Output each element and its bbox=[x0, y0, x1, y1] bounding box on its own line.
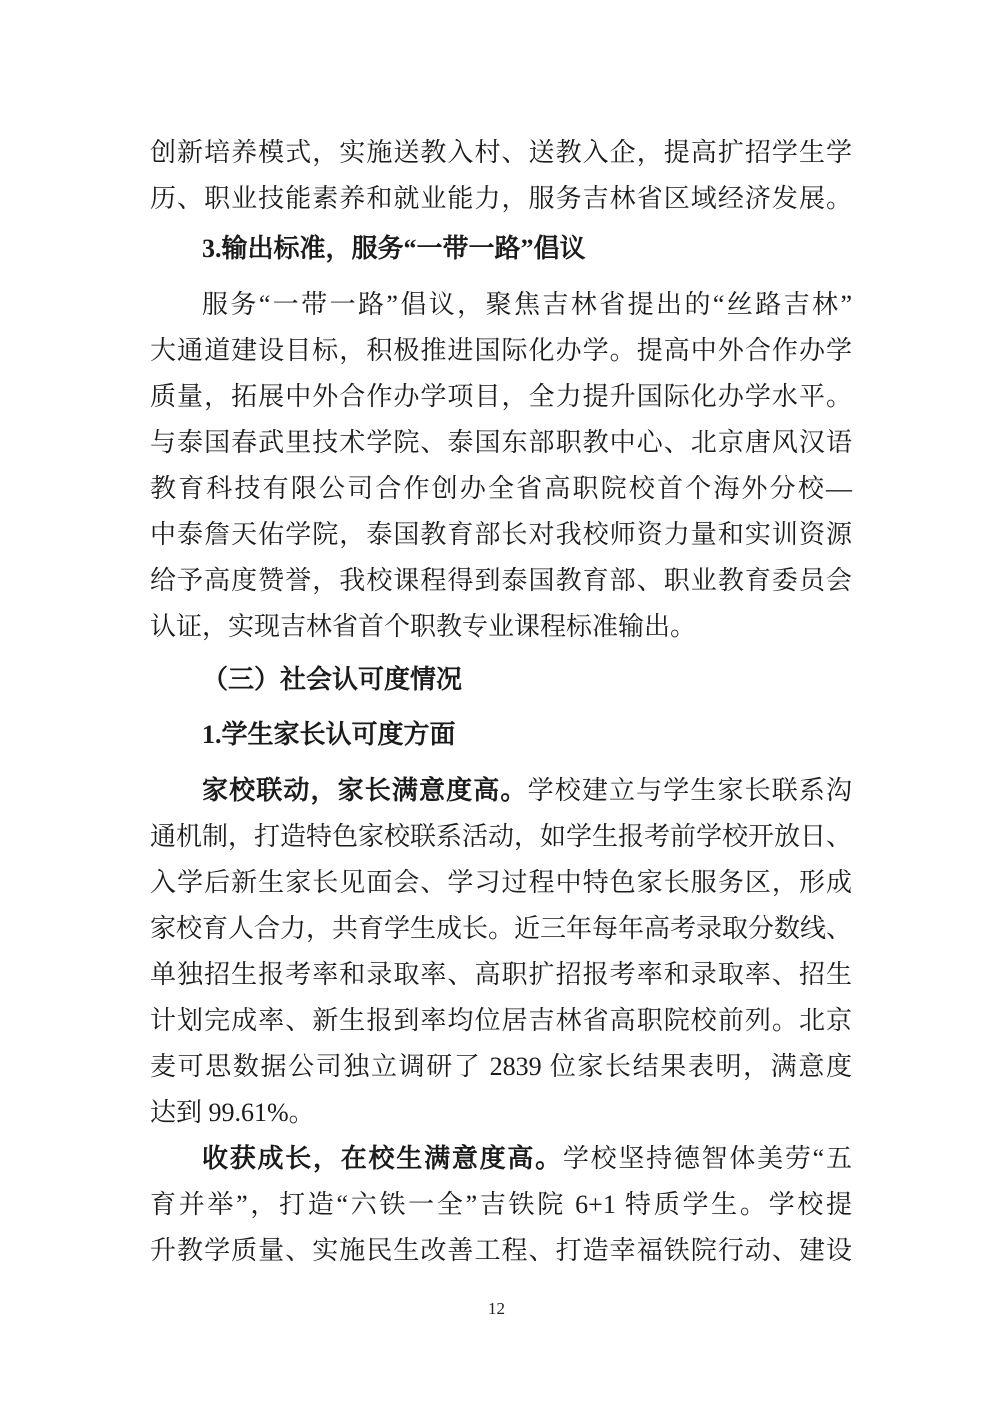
text-segment: 单独招生报考率和录取率、高职扩招报考率和录取率、招生 bbox=[150, 960, 852, 989]
text-line: 升教学质量、实施民生改善工程、打造幸福铁院行动、建设 bbox=[150, 1228, 852, 1274]
text-segment: 家校育人合力，共育学生成长。近三年每年高考录取分数线、 bbox=[150, 914, 852, 943]
text-line: 给予高度赞誉，我校课程得到泰国教育部、职业教育委员会 bbox=[150, 558, 852, 604]
text-segment: 给予高度赞誉，我校课程得到泰国教育部、职业教育委员会 bbox=[150, 566, 852, 595]
text-line: 入学后新生家长见面会、学习过程中特色家长服务区，形成 bbox=[150, 860, 852, 906]
text-segment: 大通道建设目标，积极推进国际化办学。提高中外合作办学 bbox=[150, 336, 852, 365]
text-line: 家校联动，家长满意度高。学校建立与学生家长联系沟 bbox=[150, 768, 852, 814]
text-line: 大通道建设目标，积极推进国际化办学。提高中外合作办学 bbox=[150, 328, 852, 374]
text-line: 创新培养模式，实施送教入村、送教入企，提高扩招学生学 bbox=[150, 130, 852, 176]
text-line: 质量，拓展中外合作办学项目，全力提升国际化办学水平。 bbox=[150, 374, 852, 420]
text-segment: 教育科技有限公司合作创办全省高职院校首个海外分校— bbox=[150, 474, 852, 503]
text-segment: 达到 99.61%。 bbox=[150, 1098, 315, 1127]
document-body: 创新培养模式，实施送教入村、送教入企，提高扩招学生学历、职业技能素养和就业能力，… bbox=[150, 130, 852, 1274]
heading-line: 1.学生家长认可度方面 bbox=[150, 712, 852, 758]
text-line: 单独招生报考率和录取率、高职扩招报考率和录取率、招生 bbox=[150, 952, 852, 998]
bold-text-segment: 家校联动，家长满意度高。 bbox=[202, 776, 528, 805]
bold-text-segment: 1.学生家长认可度方面 bbox=[202, 720, 456, 749]
text-segment: 学校建立与学生家长联系沟 bbox=[528, 776, 852, 805]
text-line: 历、职业技能素养和就业能力，服务吉林省区域经济发展。 bbox=[150, 176, 852, 222]
text-line: 教育科技有限公司合作创办全省高职院校首个海外分校— bbox=[150, 466, 852, 512]
document-page: 创新培养模式，实施送教入村、送教入企，提高扩招学生学历、职业技能素养和就业能力，… bbox=[0, 0, 993, 1404]
text-segment: 计划完成率、新生报到率均位居吉林省高职院校前列。北京 bbox=[150, 1006, 852, 1035]
text-segment: 升教学质量、实施民生改善工程、打造幸福铁院行动、建设 bbox=[150, 1236, 852, 1265]
text-segment: 麦可思数据公司独立调研了 2839 位家长结果表明，满意度 bbox=[150, 1052, 852, 1081]
text-segment: 入学后新生家长见面会、学习过程中特色家长服务区，形成 bbox=[150, 868, 852, 897]
text-line: 中泰詹天佑学院，泰国教育部长对我校师资力量和实训资源 bbox=[150, 512, 852, 558]
text-line: 收获成长，在校生满意度高。学校坚持德智体美劳“五 bbox=[150, 1136, 852, 1182]
heading-line: （三）社会认可度情况 bbox=[150, 656, 852, 702]
text-line: 与泰国春武里技术学院、泰国东部职教中心、北京唐风汉语 bbox=[150, 420, 852, 466]
heading-line: 3.输出标准，服务“一带一路”倡议 bbox=[150, 226, 852, 272]
text-segment: 质量，拓展中外合作办学项目，全力提升国际化办学水平。 bbox=[150, 382, 852, 411]
text-segment: 通机制，打造特色家校联系活动，如学生报考前学校开放日、 bbox=[150, 822, 852, 851]
text-line: 认证，实现吉林省首个职教专业课程标准输出。 bbox=[150, 604, 852, 650]
page-number: 12 bbox=[0, 1298, 993, 1320]
text-segment: 育并举”，打造“六铁一全”吉铁院 6+1 特质学生。学校提 bbox=[150, 1190, 852, 1219]
text-segment: 学校坚持德智体美劳“五 bbox=[563, 1144, 852, 1173]
text-line: 麦可思数据公司独立调研了 2839 位家长结果表明，满意度 bbox=[150, 1044, 852, 1090]
text-line: 服务“一带一路”倡议，聚焦吉林省提出的“丝路吉林” bbox=[150, 282, 852, 328]
text-line: 育并举”，打造“六铁一全”吉铁院 6+1 特质学生。学校提 bbox=[150, 1182, 852, 1228]
text-segment: 历、职业技能素养和就业能力，服务吉林省区域经济发展。 bbox=[150, 184, 852, 213]
bold-text-segment: （三）社会认可度情况 bbox=[202, 664, 462, 694]
bold-text-segment: 3.输出标准，服务“一带一路”倡议 bbox=[202, 234, 586, 263]
text-line: 通机制，打造特色家校联系活动，如学生报考前学校开放日、 bbox=[150, 814, 852, 860]
text-line: 达到 99.61%。 bbox=[150, 1090, 852, 1136]
text-segment: 中泰詹天佑学院，泰国教育部长对我校师资力量和实训资源 bbox=[150, 520, 852, 549]
text-segment: 认证，实现吉林省首个职教专业课程标准输出。 bbox=[150, 612, 696, 641]
text-line: 家校育人合力，共育学生成长。近三年每年高考录取分数线、 bbox=[150, 906, 852, 952]
text-segment: 与泰国春武里技术学院、泰国东部职教中心、北京唐风汉语 bbox=[150, 428, 852, 457]
text-segment: 服务“一带一路”倡议，聚焦吉林省提出的“丝路吉林” bbox=[202, 290, 852, 319]
text-line: 计划完成率、新生报到率均位居吉林省高职院校前列。北京 bbox=[150, 998, 852, 1044]
text-segment: 创新培养模式，实施送教入村、送教入企，提高扩招学生学 bbox=[150, 138, 852, 167]
bold-text-segment: 收获成长，在校生满意度高。 bbox=[202, 1144, 563, 1173]
